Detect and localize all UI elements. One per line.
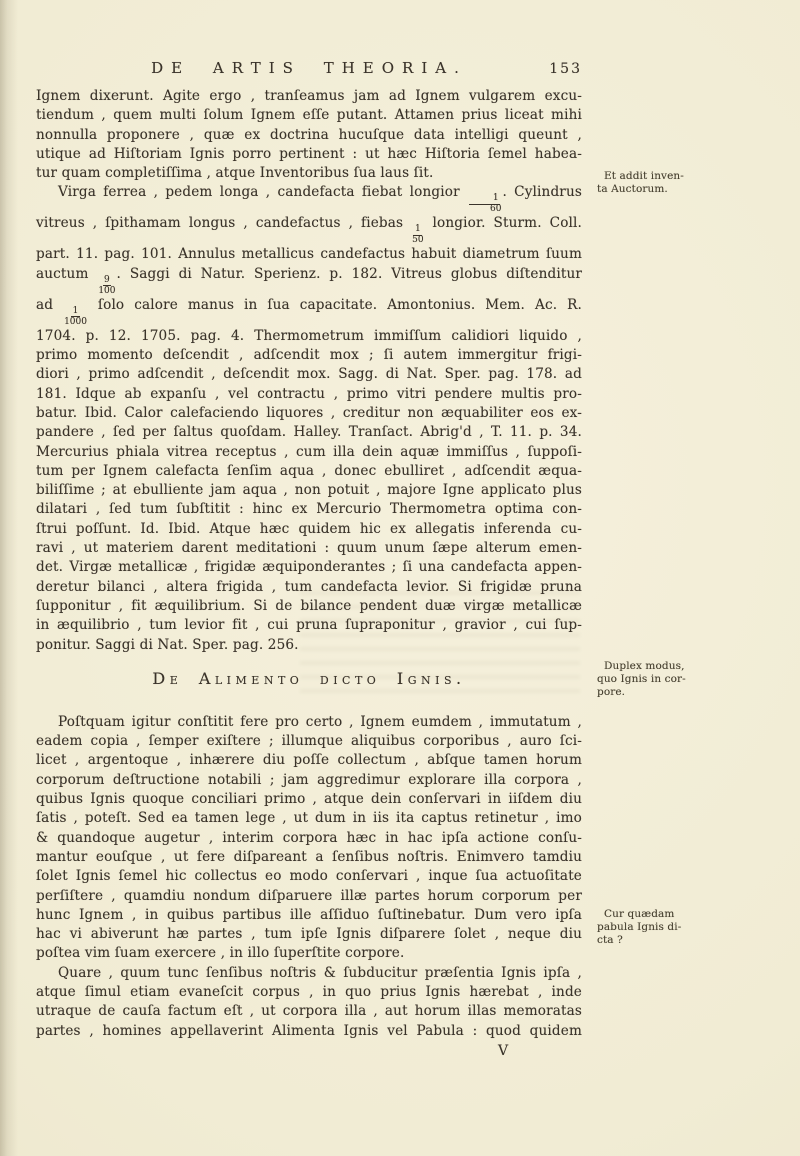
text-line: licet , argentoque , inhærere diu poſſe …	[36, 751, 582, 770]
text-line: mantur eouſque , ut fere diſpareant a ſe…	[36, 848, 582, 867]
text-line: deretur bilanci , altera frigida , tum c…	[36, 578, 582, 597]
text-line: Ignem dixerunt. Agite ergo , tranſeamus …	[36, 87, 582, 106]
text-line: vitreus , ſpithamam longus , candefactus…	[36, 214, 582, 245]
inline-fraction: 150	[412, 225, 423, 245]
margin-note-line: pore.	[597, 686, 717, 699]
text-line: ponitur. Saggi di Nat. Sper. pag. 256.	[36, 636, 582, 655]
inline-fraction: 9100	[98, 276, 115, 296]
margin-note: Duplex modus,quo Ignis in cor-pore.	[597, 660, 717, 699]
page-gutter-shadow	[0, 0, 18, 1156]
text-line: det. Virgæ metallicæ , frigidæ æquiponde…	[36, 558, 582, 577]
inline-fraction: 11000	[64, 307, 87, 327]
text-line: eadem copia , ſemper exiſtere ; illumque…	[36, 732, 582, 751]
margin-note-line: pabula Ignis di-	[597, 921, 717, 934]
page-body: Ignem dixerunt. Agite ergo , tranſeamus …	[36, 87, 582, 1061]
text-line: batur. Ibid. Calor calefaciendo liquores…	[36, 404, 582, 423]
text-line: pandere , ſed per ſaltus quoſdam. Halley…	[36, 423, 582, 442]
text-line: ſolet Ignis ſemel hic collectus eo modo …	[36, 867, 582, 886]
text-line: ſatis , poteſt. Sed ea tamen lege , ut d…	[36, 809, 582, 828]
text-line: Virga ferrea , pedem longa , candefacta …	[36, 183, 582, 214]
paragraph: Quare , quum tunc ſenſibus noſtris & ſub…	[36, 964, 582, 1041]
text-line: nonnulla proponere , quæ ex doctrina huc…	[36, 126, 582, 145]
margin-note: Et addit inven-ta Auctorum.	[597, 170, 717, 196]
text-line: auctum 9100. Saggi di Natur. Sperienz. p…	[36, 265, 582, 296]
margin-note: Cur quædampabula Ignis di-cta ?	[597, 908, 717, 947]
text-line: atque ſimul etiam evaneſcit corpus , in …	[36, 983, 582, 1002]
text-line: hunc Ignem , in quibus partibus ille aſſ…	[36, 906, 582, 925]
page-title: DE ARTIS THEORIA.	[36, 59, 582, 77]
inline-fraction: 160	[468, 194, 501, 214]
book-page: DE ARTIS THEORIA. 153 Ignem dixerunt. Ag…	[0, 0, 800, 1156]
signature-mark: V	[36, 1042, 582, 1061]
text-line: corporum deſtructione notabili ; jam agg…	[36, 771, 582, 790]
text-line: partes , homines appellaverint Alimenta …	[36, 1022, 582, 1041]
text-line: Quare , quum tunc ſenſibus noſtris & ſub…	[36, 964, 582, 983]
section-heading: De Alimento dicto Ignis.	[36, 669, 582, 689]
text-line: Poſtquam igitur conſtitit fere pro certo…	[36, 713, 582, 732]
text-line: in æquilibrio , tum levior fit , cui pru…	[36, 616, 582, 635]
text-line: ravi , ut materiem darent meditationi : …	[36, 539, 582, 558]
margin-note-line: quo Ignis in cor-	[597, 673, 717, 686]
text-line: utraque de cauſa factum eſt , ut corpora…	[36, 1002, 582, 1021]
text-line: utique ad Hiſtoriam Ignis porro pertinen…	[36, 145, 582, 164]
margin-note-line: Et addit inven-	[597, 170, 717, 183]
text-line: hac vi abiverunt hæ partes , tum ipſe Ig…	[36, 925, 582, 944]
text-line: 181. Idque ab expanſu , vel contractu , …	[36, 385, 582, 404]
text-line: part. 11. pag. 101. Annulus metallicus c…	[36, 245, 582, 264]
text-line: poſtea vim ſuam exercere , in illo ſuper…	[36, 944, 582, 963]
margin-note-line: cta ?	[597, 934, 717, 947]
margin-note-line: Cur quædam	[597, 908, 717, 921]
margin-note-line: Duplex modus,	[597, 660, 717, 673]
paragraph: Poſtquam igitur conſtitit fere pro certo…	[36, 713, 582, 964]
text-line: diori , primo adſcendit , deſcendit mox.…	[36, 365, 582, 384]
text-line: 1704. p. 12. 1705. pag. 4. Thermometrum …	[36, 327, 582, 346]
paragraph: Ignem dixerunt. Agite ergo , tranſeamus …	[36, 87, 582, 183]
text-line: tur quam completiſſima , atque Inventori…	[36, 164, 582, 183]
text-line: dilatari , ſed tum ſubſtitit : hinc ex M…	[36, 500, 582, 519]
text-line: quibus Ignis quoque conciliari primo , a…	[36, 790, 582, 809]
text-line: tiendum , quem multi ſolum Ignem eſſe pu…	[36, 106, 582, 125]
text-line: ſtrui poſſunt. Id. Ibid. Atque hæc quide…	[36, 520, 582, 539]
text-line: & quandoque augetur , interim corpora hæ…	[36, 829, 582, 848]
text-line: biliſſime ; at ebulliente jam aqua , non…	[36, 481, 582, 500]
text-line: Mercurius phiala vitrea receptus , cum i…	[36, 443, 582, 462]
text-line: ſupponitur , fit æquilibrium. Si de bila…	[36, 597, 582, 616]
text-line: tum per Ignem calefacta ſenſim aqua , do…	[36, 462, 582, 481]
paragraph: Virga ferrea , pedem longa , candefacta …	[36, 183, 582, 654]
text-line: perſiſtere , quamdiu nondum diſparuere i…	[36, 887, 582, 906]
text-line: ad 11000 ſolo calore manus in ſua capaci…	[36, 296, 582, 327]
text-line: primo momento deſcendit , adſcendit mox …	[36, 346, 582, 365]
margin-note-line: ta Auctorum.	[597, 183, 717, 196]
running-head: DE ARTIS THEORIA. 153	[36, 59, 582, 81]
page-number: 153	[549, 61, 582, 77]
